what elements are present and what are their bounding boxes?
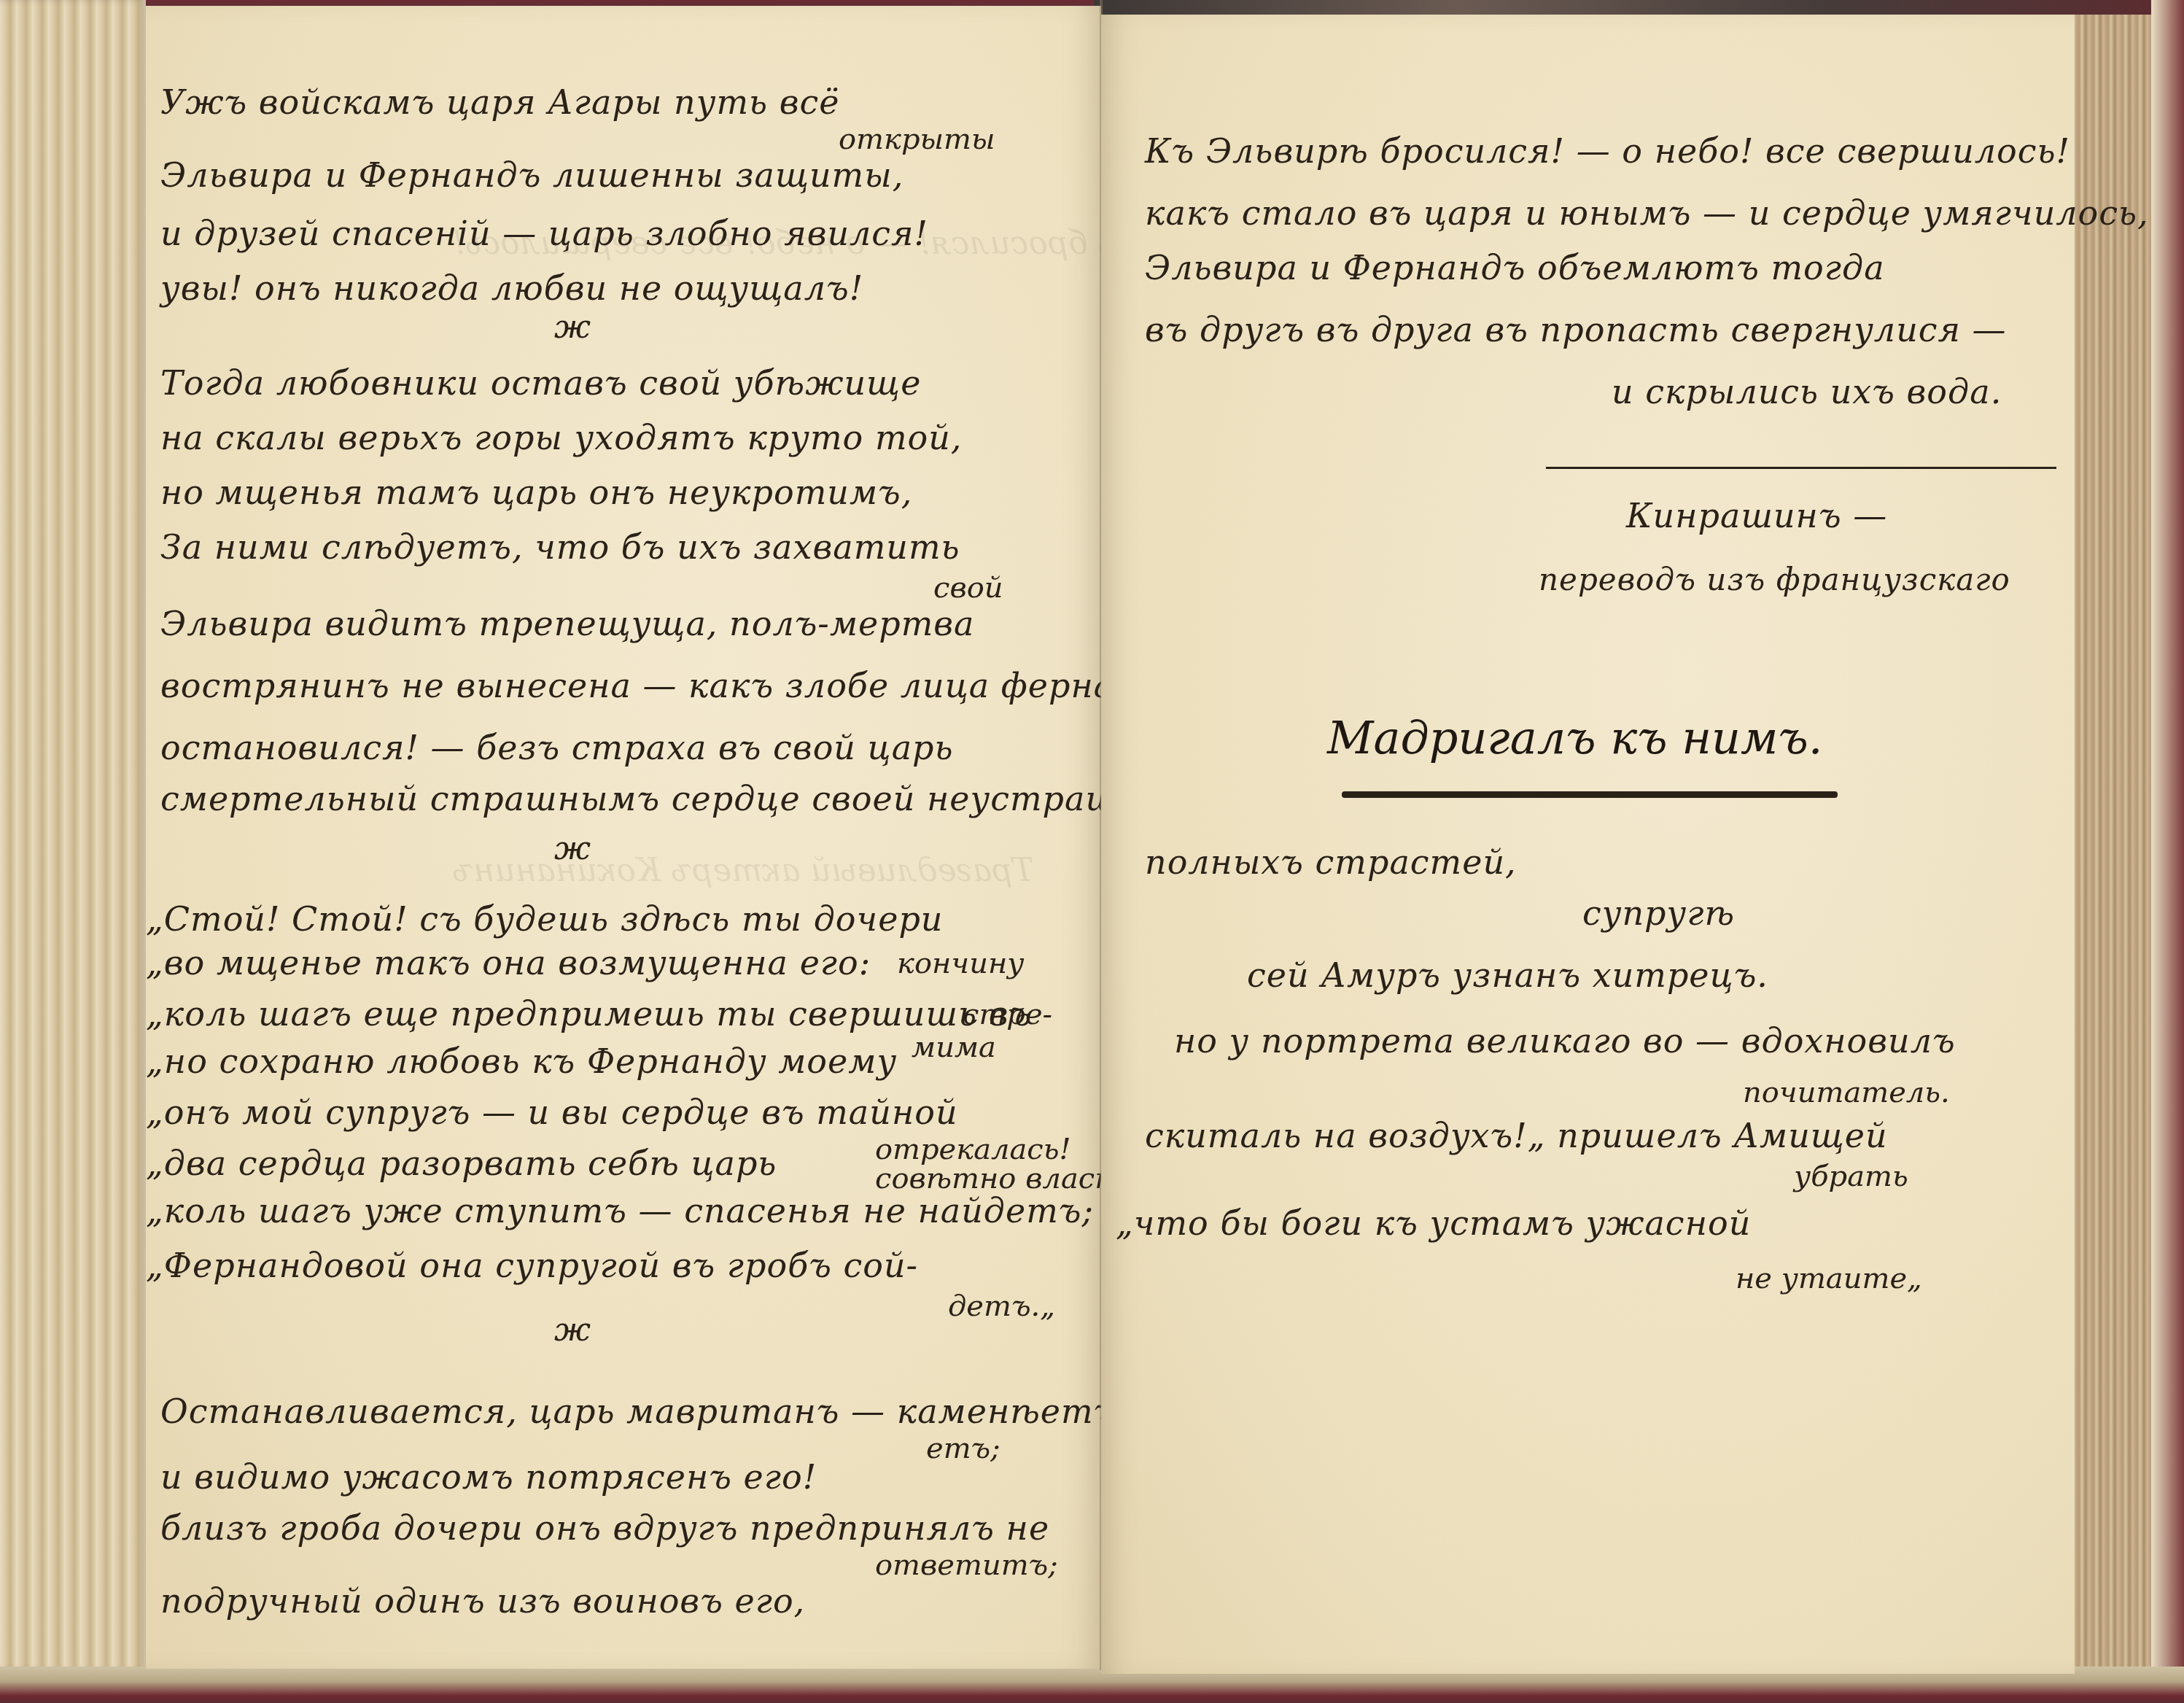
text-line: Эльвира и Фернандъ лишенны защиты, xyxy=(160,155,903,195)
text-line: Къ Эльвирѣ бросился! — о небо! все сверш… xyxy=(1145,131,2070,171)
left-page: Къ Эльвирѣ бросился! — о небо! все сверш… xyxy=(146,6,1101,1669)
text-line: „онъ мой супругъ — и вы сердце въ тайной xyxy=(146,1093,958,1132)
right-cover-edge xyxy=(2151,0,2184,1703)
text-line: на скалы верьхъ горы уходятъ круто той, xyxy=(160,418,963,457)
interlinear-text: мима xyxy=(912,1031,996,1064)
left-page-edges xyxy=(0,0,146,1670)
interlinear-text: стре- xyxy=(963,998,1052,1031)
title-underline xyxy=(1342,791,1838,798)
stanza-separator: ж xyxy=(554,1311,591,1349)
interlinear-text: етъ; xyxy=(926,1432,1000,1465)
text-line: „во мщенье такъ она возмущенна его: xyxy=(146,943,871,982)
text-line: близъ гроба дочери онъ вдругъ предпринял… xyxy=(160,1508,1049,1548)
text-line: За ними слѣдуетъ, что бъ ихъ захватить xyxy=(160,527,960,567)
text-line: увы! онъ никогда любви не ощущалъ! xyxy=(160,268,863,308)
interlinear-text: ответитъ; xyxy=(875,1548,1058,1582)
text-line: смертельный страшнымъ сердце своей неуст… xyxy=(160,779,1203,818)
poem-title: Мадригалъ къ нимъ. xyxy=(1327,711,1822,764)
text-line: „два сердца разорвать себѣ царь xyxy=(146,1144,777,1183)
bleed-through-text: Трагедливый актеръ Кокинанинъ xyxy=(452,852,1034,889)
text-line: но мщенья тамъ царь онъ неукротимъ, xyxy=(160,473,912,512)
text-line: вострянинъ не вынесена — какъ злобе лица… xyxy=(160,666,1180,705)
text-line: „Фернандовой она супругой въ гробъ сой- xyxy=(146,1246,918,1285)
text-line: скиталь на воздухъ!„ пришелъ Амищей xyxy=(1145,1116,1888,1155)
text-line: Тогда любовники оставъ свой убѣжище xyxy=(160,363,921,403)
text-line: „Стой! Стой! съ будешь здѣсь ты дочери xyxy=(146,899,943,939)
text-line: сей Амуръ узнанъ хитрецъ. xyxy=(1247,955,1768,995)
text-line: какъ стало въ царя и юнымъ — и сердце ум… xyxy=(1145,193,2149,233)
interlinear-text: детъ.„ xyxy=(948,1289,1055,1323)
text-line: подручный одинъ изъ воиновъ его, xyxy=(160,1581,805,1621)
signature: Кинрашинъ — xyxy=(1626,496,1887,535)
text-line: Эльвира видитъ трепещуща, полъ-мертва xyxy=(160,604,975,643)
text-line: и друзей спасенiй — царь злобно явился! xyxy=(160,214,928,253)
translation-note: переводъ изъ французскаго xyxy=(1539,562,2010,597)
text-line: супругѣ xyxy=(1582,893,1735,933)
interlinear-text: убрать xyxy=(1794,1160,1908,1193)
text-line: „что бы боги къ устамъ ужасной xyxy=(1116,1203,1751,1243)
text-line: въ другъ въ друга въ пропасть свергнулис… xyxy=(1145,310,2007,349)
text-line: и видимо ужасомъ потрясенъ его! xyxy=(160,1457,817,1497)
right-page-edges xyxy=(2075,15,2151,1692)
interlinear-text: совѣтно власть xyxy=(875,1162,1138,1195)
text-line: „коль шагъ уже ступитъ — спасенья не най… xyxy=(146,1191,1094,1230)
interlinear-text: почитатель. xyxy=(1743,1076,1950,1109)
text-line: Ужъ войскамъ царя Агары путь всё xyxy=(160,82,839,122)
stanza-separator: ж xyxy=(554,830,591,867)
open-book: Къ Эльвирѣ бросился! — о небо! все сверш… xyxy=(0,0,2184,1703)
cover-top-strip xyxy=(1094,0,2184,16)
text-line: полныхъ страстей, xyxy=(1145,842,1517,882)
stanza-separator: ж xyxy=(554,309,591,346)
text-line: „но сохраню любовь къ Фернанду моему xyxy=(146,1041,897,1081)
interlinear-text: открыты xyxy=(839,123,995,156)
text-line: но у портрета великаго во — вдохновилъ xyxy=(1174,1021,1956,1060)
text-line: и скрылись ихъ вода. xyxy=(1612,372,2002,411)
text-line: Останавливается, царь мавританъ — каменѣ… xyxy=(160,1392,1116,1431)
interlinear-text: кончину xyxy=(897,947,1025,980)
section-rule xyxy=(1546,467,2056,469)
text-line: „коль шагъ еще предпримешь ты свершишь в… xyxy=(146,994,1032,1033)
interlinear-text: свой xyxy=(933,571,1003,605)
text-line: остановился! — безъ страха въ свой царь xyxy=(160,728,954,767)
text-line: Эльвира и Фернандъ объемлютъ тогда xyxy=(1145,248,1885,287)
right-page: Къ Эльвирѣ бросился! — о небо! все сверш… xyxy=(1101,15,2075,1674)
interlinear-text: не утаите„ xyxy=(1736,1262,1922,1295)
